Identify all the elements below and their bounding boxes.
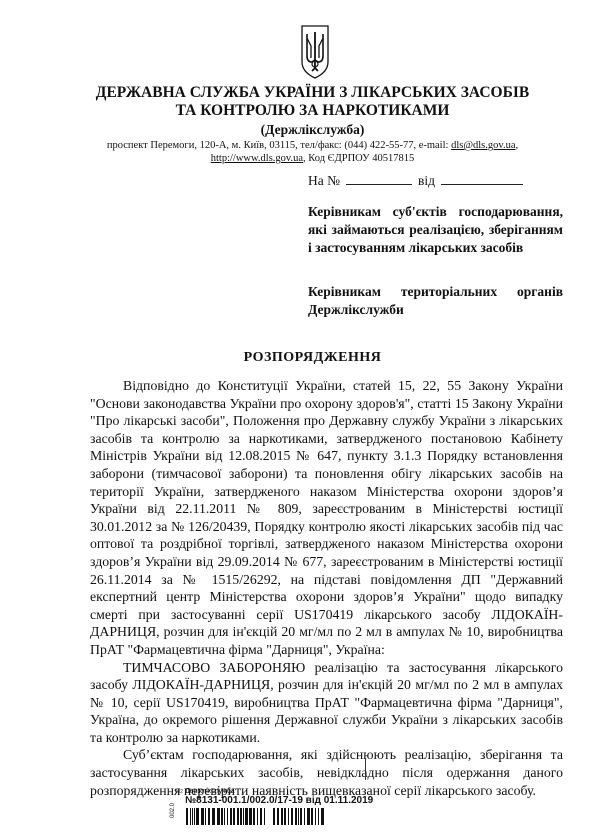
text-cursor-mark [365,758,366,780]
body-paragraph-legal-basis: Відповідно до Конституції України, стате… [90,377,563,659]
trident-coat-of-arms-icon [300,24,330,79]
document-title: РОЗПОРЯДЖЕННЯ [0,350,595,366]
org-name-line1: ДЕРЖАВНА СЛУЖБА УКРАЇНИ З ЛІКАРСЬКИХ ЗАС… [0,84,595,102]
stamp-side-code: 002.0 [170,803,176,818]
barcode-icon [186,808,326,825]
org-short-name: (Держлікслужба) [0,121,595,139]
stamp-org: Держлікслужба [185,788,235,795]
document-body: Відповідно до Конституції України, стате… [90,377,563,799]
address-line2: http://www.dls.gov.ua, Код ЄДРПОУ 405178… [0,152,595,165]
ref-number-blank [346,172,412,185]
reference-line: На №від [308,172,523,189]
address-text: проспект Перемоги, 120-А, м. Київ, 03115… [107,140,451,151]
edrpou-code: , Код ЄДРПОУ 40517815 [303,153,414,164]
ref-date-label: від [418,173,435,188]
ref-number-label: На № [308,173,340,188]
email-link[interactable]: dls@dls.gov.ua [451,140,515,151]
registration-stamp: М2 Держлікслужба №8131-001.1/002.0/17-19… [176,788,406,835]
stamp-tag: М2 [176,789,183,795]
body-paragraph-prohibition: ТИМЧАСОВО ЗАБОРОНЯЮ реалізацію та застос… [90,659,563,747]
org-name-line2: ТА КОНТРОЛЮ ЗА НАРКОТИКАМИ [0,102,595,120]
addressee-business-entities: Керівникам суб'єктів господарювання, які… [308,203,563,257]
addressee-territorial-bodies: Керівникам територіальних органів Держлі… [308,283,563,319]
address-line1: проспект Перемоги, 120-А, м. Київ, 03115… [0,139,595,152]
stamp-number: №8131-001.1/002.0/17-19 від 01.11.2019 [185,795,373,806]
ref-date-blank [441,172,523,185]
website-link[interactable]: http://www.dls.gov.ua [211,153,303,164]
address-punct: , [515,140,518,151]
